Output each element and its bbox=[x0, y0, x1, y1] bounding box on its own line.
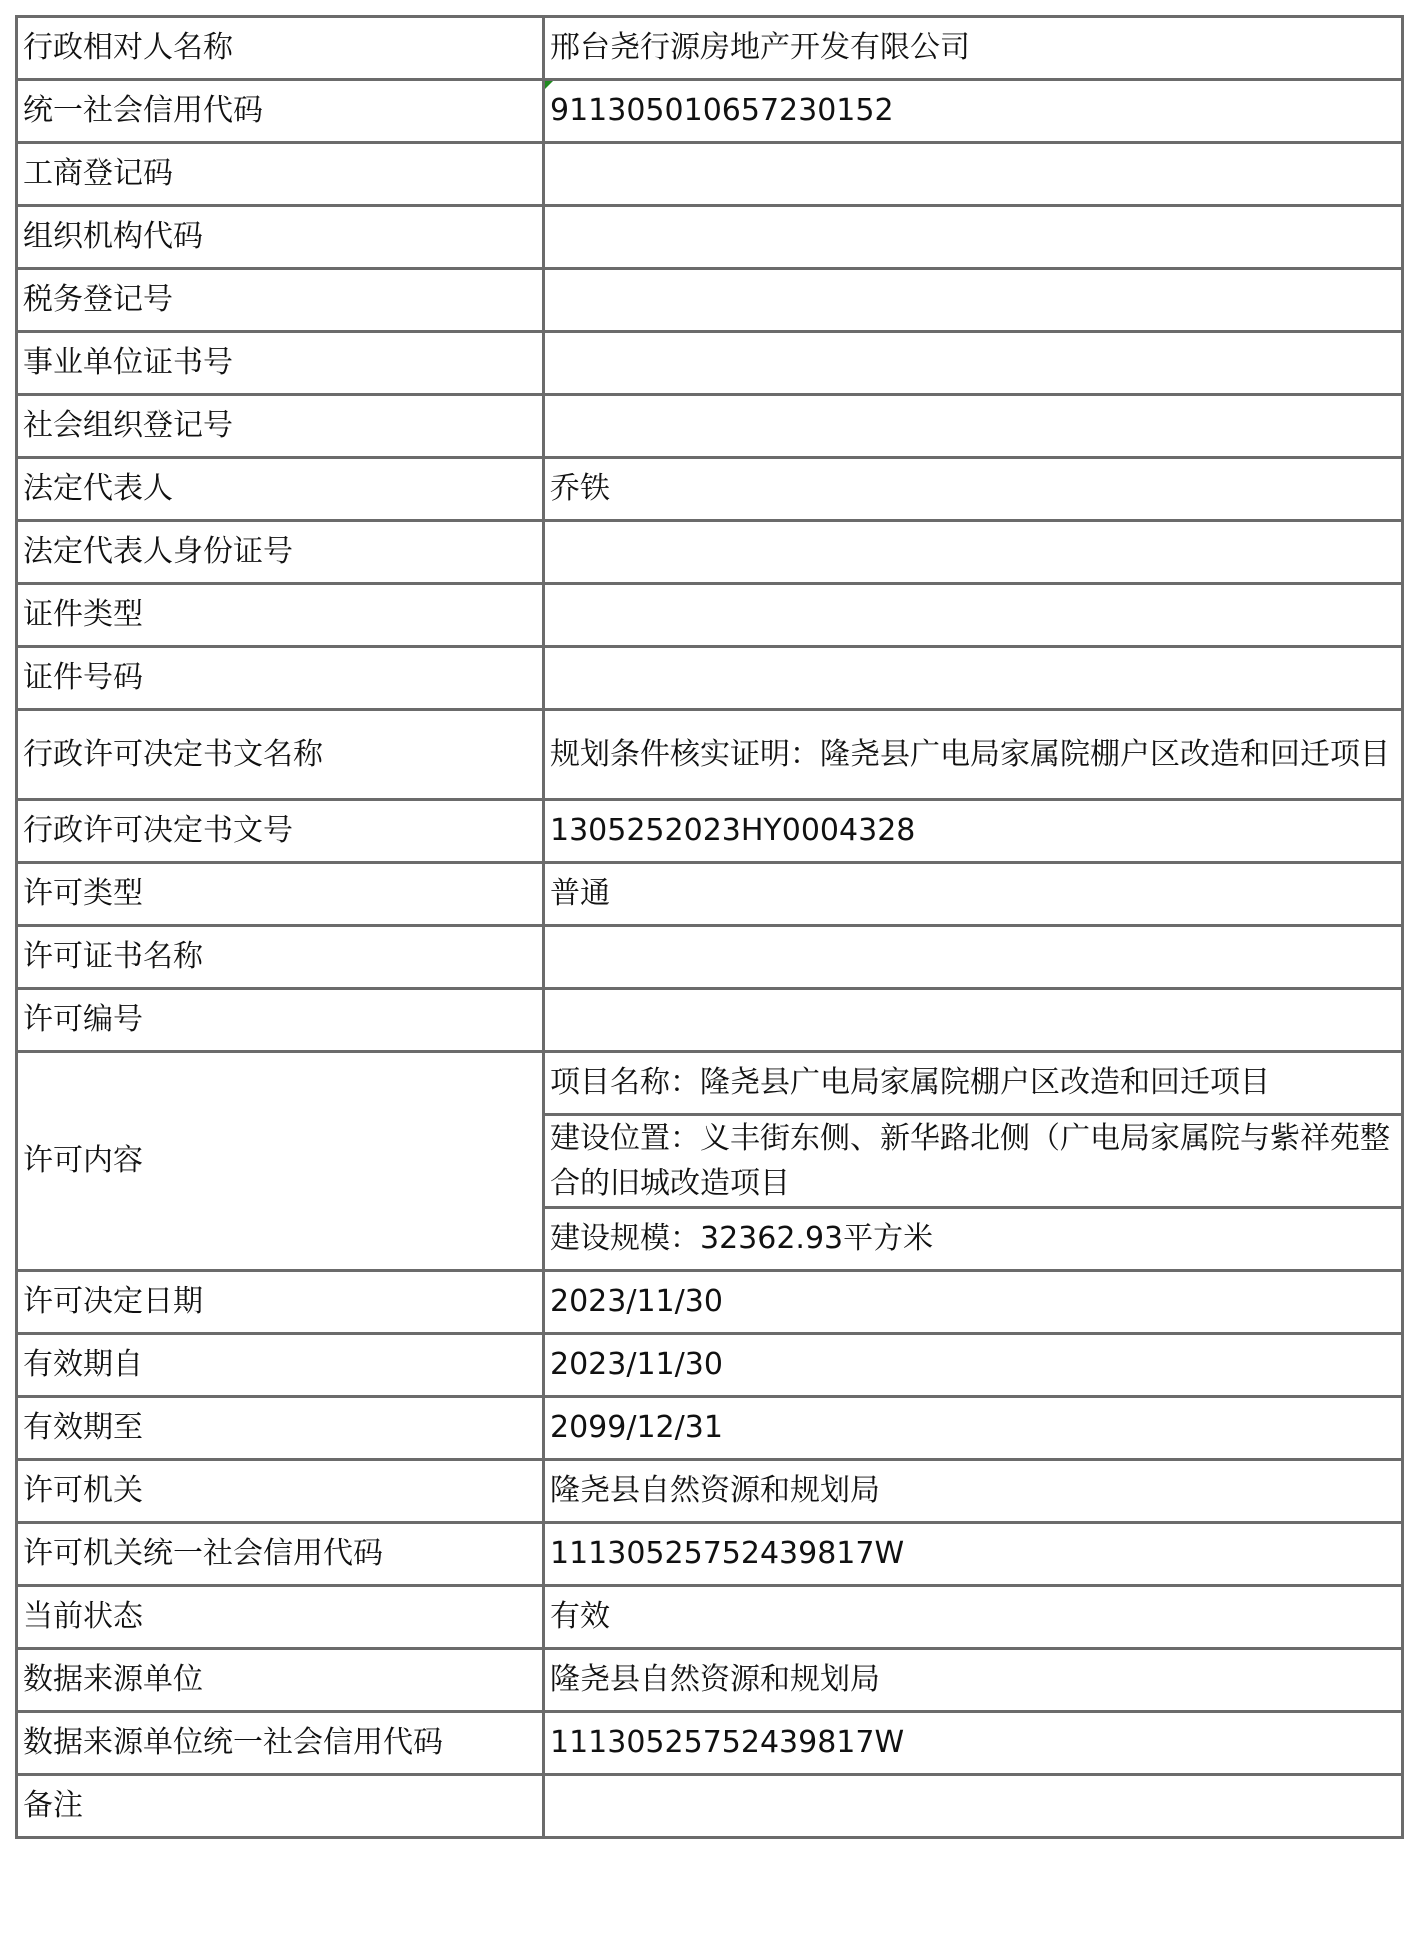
permit-content-item: 建设位置：义丰街东侧、新华路北侧（广电局家属院与紫祥苑整合的旧城改造项目 bbox=[544, 1115, 1403, 1208]
field-label: 法定代表人 bbox=[17, 458, 544, 521]
permit-record-table: 行政相对人名称 邢台尧行源房地产开发有限公司 统一社会信用代码 91130501… bbox=[15, 15, 1404, 1839]
permit-content-item: 项目名称：隆尧县广电局家属院棚户区改造和回迁项目 bbox=[544, 1052, 1403, 1115]
row-admin-counterpart-name: 行政相对人名称 邢台尧行源房地产开发有限公司 bbox=[17, 17, 1403, 80]
field-label: 有效期自 bbox=[17, 1334, 544, 1397]
field-label: 备注 bbox=[17, 1775, 544, 1838]
permit-authority-credit-code-value: 11130525752439817W bbox=[550, 1531, 1397, 1577]
field-label: 社会组织登记号 bbox=[17, 395, 544, 458]
field-value bbox=[544, 521, 1403, 584]
row-organization-code: 组织机构代码 bbox=[17, 206, 1403, 269]
field-label: 许可机关统一社会信用代码 bbox=[17, 1523, 544, 1586]
row-permit-authority-credit-code: 许可机关统一社会信用代码 11130525752439817W bbox=[17, 1523, 1403, 1586]
row-remarks: 备注 bbox=[17, 1775, 1403, 1838]
field-label: 行政许可决定书文号 bbox=[17, 800, 544, 863]
row-permit-authority: 许可机关 隆尧县自然资源和规划局 bbox=[17, 1460, 1403, 1523]
field-label: 当前状态 bbox=[17, 1586, 544, 1649]
data-source-credit-code-value: 11130525752439817W bbox=[550, 1720, 1397, 1766]
row-legal-representative-id: 法定代表人身份证号 bbox=[17, 521, 1403, 584]
field-value: 隆尧县自然资源和规划局 bbox=[544, 1649, 1403, 1712]
field-label: 许可编号 bbox=[17, 989, 544, 1052]
field-label: 组织机构代码 bbox=[17, 206, 544, 269]
row-institution-certificate-number: 事业单位证书号 bbox=[17, 332, 1403, 395]
field-label: 证件号码 bbox=[17, 647, 544, 710]
data-source-unit-value: 隆尧县自然资源和规划局 bbox=[550, 1657, 1397, 1703]
field-label: 税务登记号 bbox=[17, 269, 544, 332]
field-value: 规划条件核实证明：隆尧县广电局家属院棚户区改造和回迁项目 bbox=[544, 710, 1403, 800]
field-value: 乔铁 bbox=[544, 458, 1403, 521]
current-status-value: 有效 bbox=[550, 1594, 1397, 1640]
project-name-value: 项目名称：隆尧县广电局家属院棚户区改造和回迁项目 bbox=[550, 1060, 1397, 1106]
row-data-source-credit-code: 数据来源单位统一社会信用代码 11130525752439817W bbox=[17, 1712, 1403, 1775]
permit-decision-number-value: 1305252023HY0004328 bbox=[550, 808, 1397, 854]
field-value bbox=[544, 926, 1403, 989]
row-permit-decision-number: 行政许可决定书文号 1305252023HY0004328 bbox=[17, 800, 1403, 863]
field-value bbox=[544, 143, 1403, 206]
field-label: 许可决定日期 bbox=[17, 1271, 544, 1334]
field-value: 911305010657230152 bbox=[544, 80, 1403, 143]
credit-code-value: 911305010657230152 bbox=[550, 88, 1397, 134]
field-value bbox=[544, 269, 1403, 332]
field-label: 证件类型 bbox=[17, 584, 544, 647]
field-label: 许可类型 bbox=[17, 863, 544, 926]
field-label: 许可内容 bbox=[17, 1052, 544, 1271]
field-value: 邢台尧行源房地产开发有限公司 bbox=[544, 17, 1403, 80]
row-permit-type: 许可类型 普通 bbox=[17, 863, 1403, 926]
field-label: 许可证书名称 bbox=[17, 926, 544, 989]
cell-comment-marker-icon bbox=[545, 81, 553, 89]
row-tax-registration-number: 税务登记号 bbox=[17, 269, 1403, 332]
row-id-type: 证件类型 bbox=[17, 584, 1403, 647]
counterpart-name-value: 邢台尧行源房地产开发有限公司 bbox=[550, 25, 1397, 71]
field-label: 统一社会信用代码 bbox=[17, 80, 544, 143]
field-label: 事业单位证书号 bbox=[17, 332, 544, 395]
field-value: 2023/11/30 bbox=[544, 1271, 1403, 1334]
row-id-number: 证件号码 bbox=[17, 647, 1403, 710]
row-valid-from: 有效期自 2023/11/30 bbox=[17, 1334, 1403, 1397]
field-label: 工商登记码 bbox=[17, 143, 544, 206]
row-permit-number: 许可编号 bbox=[17, 989, 1403, 1052]
field-value bbox=[544, 395, 1403, 458]
field-label: 法定代表人身份证号 bbox=[17, 521, 544, 584]
permit-content-item: 建设规模：32362.93平方米 bbox=[544, 1208, 1403, 1271]
construction-scale-value: 建设规模：32362.93平方米 bbox=[550, 1216, 1397, 1262]
field-label: 有效期至 bbox=[17, 1397, 544, 1460]
field-value bbox=[544, 584, 1403, 647]
valid-from-value: 2023/11/30 bbox=[550, 1342, 1397, 1388]
legal-representative-value: 乔铁 bbox=[550, 466, 1397, 512]
row-permit-decision-date: 许可决定日期 2023/11/30 bbox=[17, 1271, 1403, 1334]
row-legal-representative: 法定代表人 乔铁 bbox=[17, 458, 1403, 521]
field-value bbox=[544, 1775, 1403, 1838]
row-unified-credit-code: 统一社会信用代码 911305010657230152 bbox=[17, 80, 1403, 143]
row-permit-content: 许可内容 项目名称：隆尧县广电局家属院棚户区改造和回迁项目 bbox=[17, 1052, 1403, 1115]
row-permit-decision-title: 行政许可决定书文名称 规划条件核实证明：隆尧县广电局家属院棚户区改造和回迁项目 bbox=[17, 710, 1403, 800]
row-permit-certificate-name: 许可证书名称 bbox=[17, 926, 1403, 989]
permit-authority-value: 隆尧县自然资源和规划局 bbox=[550, 1468, 1397, 1514]
field-value: 2023/11/30 bbox=[544, 1334, 1403, 1397]
valid-until-value: 2099/12/31 bbox=[550, 1405, 1397, 1451]
permit-type-value: 普通 bbox=[550, 871, 1397, 917]
field-label: 行政许可决定书文名称 bbox=[17, 710, 544, 800]
row-data-source-unit: 数据来源单位 隆尧县自然资源和规划局 bbox=[17, 1649, 1403, 1712]
field-value: 2099/12/31 bbox=[544, 1397, 1403, 1460]
field-value: 有效 bbox=[544, 1586, 1403, 1649]
permit-decision-title-value: 规划条件核实证明：隆尧县广电局家属院棚户区改造和回迁项目 bbox=[550, 732, 1397, 777]
field-value: 1305252023HY0004328 bbox=[544, 800, 1403, 863]
field-label: 许可机关 bbox=[17, 1460, 544, 1523]
field-label: 数据来源单位统一社会信用代码 bbox=[17, 1712, 544, 1775]
row-business-registration-code: 工商登记码 bbox=[17, 143, 1403, 206]
field-value: 11130525752439817W bbox=[544, 1523, 1403, 1586]
field-value bbox=[544, 206, 1403, 269]
field-value: 隆尧县自然资源和规划局 bbox=[544, 1460, 1403, 1523]
field-value bbox=[544, 647, 1403, 710]
row-valid-until: 有效期至 2099/12/31 bbox=[17, 1397, 1403, 1460]
field-value: 11130525752439817W bbox=[544, 1712, 1403, 1775]
row-current-status: 当前状态 有效 bbox=[17, 1586, 1403, 1649]
field-value bbox=[544, 989, 1403, 1052]
row-social-organization-registration: 社会组织登记号 bbox=[17, 395, 1403, 458]
construction-location-value: 建设位置：义丰街东侧、新华路北侧（广电局家属院与紫祥苑整合的旧城改造项目 bbox=[550, 1116, 1397, 1206]
field-label: 行政相对人名称 bbox=[17, 17, 544, 80]
field-value bbox=[544, 332, 1403, 395]
field-value: 普通 bbox=[544, 863, 1403, 926]
field-label: 数据来源单位 bbox=[17, 1649, 544, 1712]
permit-decision-date-value: 2023/11/30 bbox=[550, 1279, 1397, 1325]
